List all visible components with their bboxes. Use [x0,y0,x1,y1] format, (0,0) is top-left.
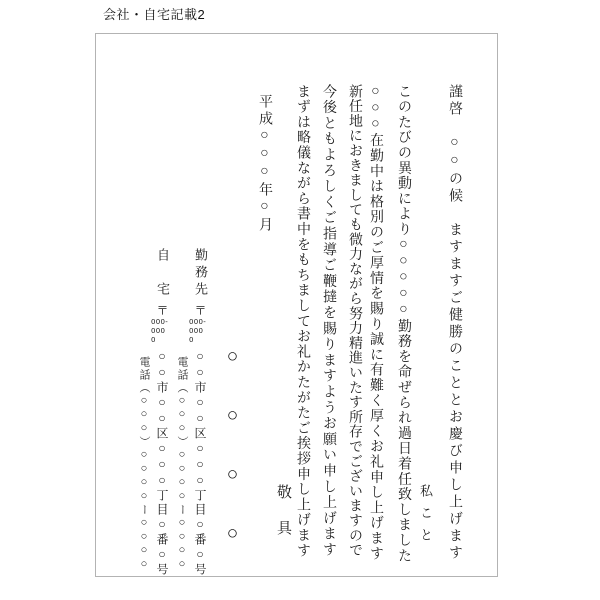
home-address: ○○市○○区○○○丁目○番○号 [154,349,171,577]
body-line-guidance: 今後ともよろしくご指導ご鞭撻を賜りますようお願い申し上げます [318,84,338,558]
home-phone: 電話（○○○）○○○○ー○○○○ [136,356,152,572]
postcard: 謹啓 ○○の候 ますますご健勝のこととお慶び申し上げます 私こと このたびの異動… [95,33,498,577]
home-postal-code: 000-0000 [151,318,169,345]
page-title: 会社・自宅記載2 [103,4,205,23]
work-postal-code: 000-0000 [189,318,207,345]
work-address: ○○市○○区○○○丁目○番○号 [192,349,209,577]
date-line: 平成○○○年○月 [254,94,274,234]
body-line-closing-remark: まずは略儀ながら書中をもちましてお礼かたがたご挨拶申し上げます [292,84,312,558]
work-label: 勤務先 [191,248,210,299]
watashi-koto-label: 私こと [416,484,435,550]
body-line-greeting: 謹啓 ○○の候 ますますご健勝のこととお慶び申し上げます [444,84,464,562]
sender-name-placeholder: ○○○○ [221,346,243,582]
page: 会社・自宅記載2 謹啓 ○○の候 ますますご健勝のこととお慶び申し上げます 私こ… [0,0,600,600]
closing-keigu: 敬具 [273,484,294,556]
home-postal-mark-icon: 〒 [154,304,171,316]
home-label: 自 宅 [153,248,172,299]
work-postal-mark-icon: 〒 [192,304,209,316]
body-line-transfer: このたびの異動により○○○○○勤務を命ぜられ過日着任致しました [393,84,413,563]
body-line-newpost: 新任地におきましても微力ながら努力精進いたす所存でございますので [344,84,364,558]
work-phone: 電話（○○○）○○○○ー○○○○ [174,356,190,572]
body-line-thanks: ○○○在勤中は格別のご厚情を賜り誠に有難く厚くお礼申し上げます [365,84,385,561]
